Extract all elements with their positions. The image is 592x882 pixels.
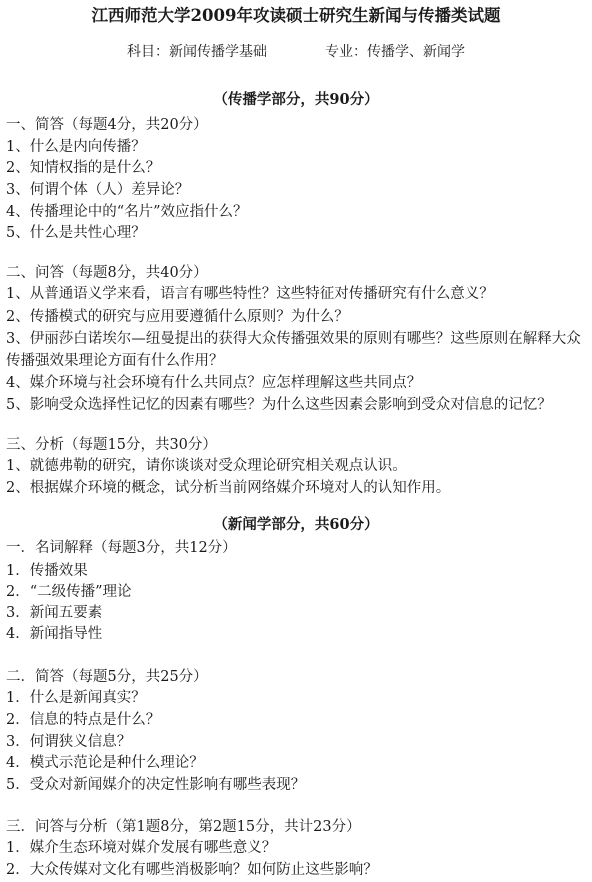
question-item: 2、根据媒介环境的概念，试分析当前网络媒介环境对人的认知作用。 [6,478,450,498]
section-heading: 二．简答（每题5分，共25分） [6,667,208,687]
question-item: 5、什么是共性心理？ [6,223,146,243]
section-heading: 三、分析（每题15分，共30分） [6,435,217,455]
question-item: 3、何谓个体（人）差异论？ [6,180,189,200]
section-heading: 一．名词解释（每题3分，共12分） [6,538,237,558]
question-item: 4．新闻指导性 [6,624,102,644]
question-item: 5．受众对新闻媒介的决定性影响有哪些表现？ [6,775,305,795]
question-item: 4、传播理论中的“名片”效应指什么？ [6,202,248,222]
question-item: 2．“二级传播”理论 [6,582,132,602]
section-heading: 二、问答（每题8分，共40分） [6,263,208,283]
question-item: 1．传播效果 [6,561,88,581]
question-item: 2、知情权指的是什么？ [6,158,160,178]
section-heading: 三．问答与分析（第1题8分，第2题15分，共计23分） [6,817,361,837]
question-item: 4、媒介环境与社会环境有什么共同点？应怎样理解这些共同点？ [6,373,421,393]
question-item: 3、伊丽莎白诺埃尔—纽曼提出的获得大众传播强效果的原则有哪些？这些原则在解释大众 [6,329,581,349]
part-header: （传播学部分，共90分） [0,90,592,110]
exam-meta: 科目：新闻传播学基础专业：传播学、新闻学 [0,42,592,62]
question-item: 2．信息的特点是什么？ [6,710,160,730]
question-item-continuation: 传播强效果理论方面有什么作用？ [6,351,224,371]
question-item: 1、从普通语义学来看，语言有哪些特性？这些特征对传播研究有什么意义？ [6,284,494,304]
section-heading: 一、简答（每题4分，共20分） [6,115,208,135]
question-item: 1、什么是内向传播？ [6,137,146,157]
subject-label: 科目：新闻传播学基础 [127,44,267,60]
question-item: 3．何谓狭义信息？ [6,732,131,752]
question-item: 3．新闻五要素 [6,603,102,623]
question-item: 2．大众传媒对文化有哪些消极影响？如何防止这些影响？ [6,860,378,880]
question-item: 1．什么是新闻真实？ [6,688,146,708]
question-item: 5、影响受众选择性记忆的因素有哪些？为什么这些因素会影响到受众对信息的记忆？ [6,395,552,415]
question-item: 1、就德弗勒的研究，请你谈谈对受众理论研究相关观点认识。 [6,456,407,476]
major-label: 专业：传播学、新闻学 [325,44,465,60]
question-item: 1．媒介生态环境对媒介发展有哪些意义？ [6,838,276,858]
part-header: （新闻学部分，共60分） [0,515,592,535]
document-title: 江西师范大学2009年攻读硕士研究生新闻与传播类试题 [0,6,592,26]
question-item: 4．模式示范论是种什么理论？ [6,753,204,773]
question-item: 2、传播模式的研究与应用要遵循什么原则？为什么？ [6,307,349,327]
